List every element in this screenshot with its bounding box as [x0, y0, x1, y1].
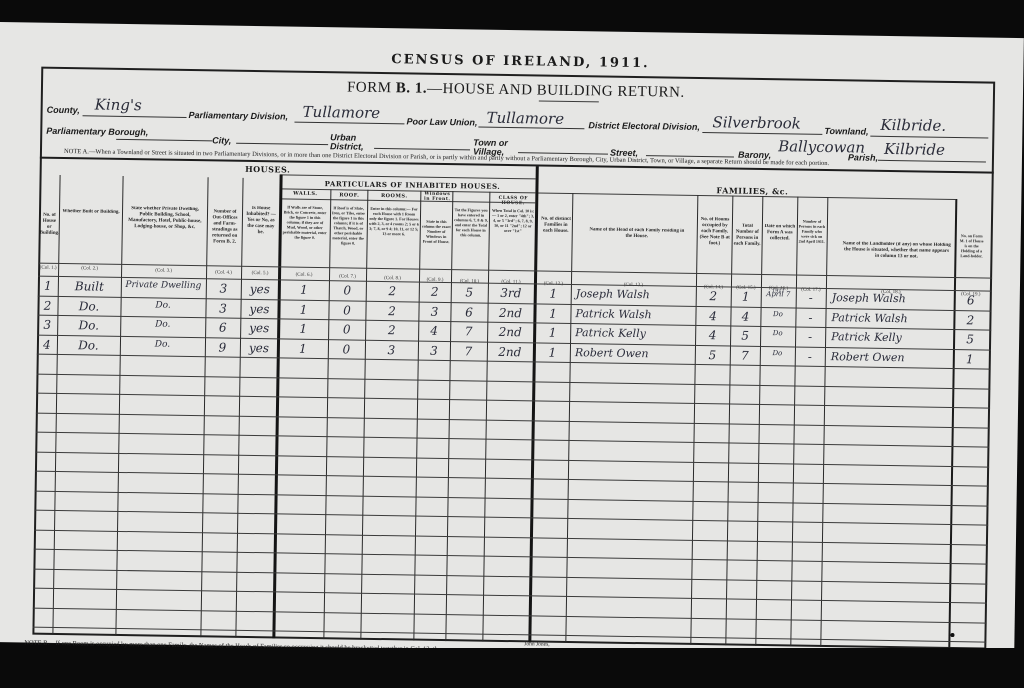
urban-district-label: Urban District,: [330, 133, 370, 152]
col13-header: Name of the Head of each Family residing…: [587, 227, 687, 241]
col6-header: If Walls are of Stone, Brick, or Concret…: [282, 204, 329, 240]
cell-out-offices[interactable]: 3: [206, 281, 241, 296]
data-rows: 1BuiltPrivate Dwelling3yes102253rd1Josep…: [0, 22, 1024, 38]
cell-head[interactable]: Patrick Walsh: [575, 307, 695, 322]
houses-section-title: HOUSES.: [238, 164, 298, 175]
col4-number: (Col. 4.): [206, 270, 241, 276]
col2-header: Whether Built or Building.: [61, 209, 121, 216]
cell-type[interactable]: Do.: [120, 338, 205, 349]
cell-landholder[interactable]: Patrick Kelly: [831, 330, 955, 345]
cell-form-m1-no[interactable]: 6: [956, 293, 986, 307]
col2-number: (Col. 2.): [58, 266, 121, 272]
county-label: County,: [47, 105, 80, 116]
col18-header: Name of the Landholder (if any) on whose…: [841, 241, 951, 261]
parliamentary-borough-label: Parliamentary Borough,: [46, 127, 148, 138]
date-collected-year: 1911: [761, 288, 796, 295]
cell-out-offices[interactable]: 9: [205, 340, 240, 355]
parliamentary-division-label: Parliamentary Division,: [188, 110, 288, 122]
cell-house-no[interactable]: 2: [37, 298, 57, 312]
col8-header: Enter in this column:— For each House wi…: [369, 206, 419, 237]
col12-header: No. of distinct Families in each House.: [540, 217, 572, 236]
townland-value[interactable]: Kilbride.: [880, 116, 946, 135]
col1-number: (Col. 1.): [38, 266, 58, 271]
cell-total[interactable]: 6: [450, 305, 487, 320]
col7-header: If Roof is of Slate, Iron, or Tiles, ent…: [331, 205, 367, 246]
cell-class[interactable]: 2nd: [487, 305, 533, 320]
county-value[interactable]: King's: [95, 95, 142, 114]
cell-landholder[interactable]: Robert Owen: [831, 350, 955, 365]
townland-label: Townland,: [824, 126, 868, 137]
col19-header: No. on Form M. 1 of House is on the Hold…: [958, 233, 984, 258]
cell-windows[interactable]: 4: [418, 324, 450, 339]
col17-header: Number of Persons in each Family who wer…: [798, 219, 826, 244]
cell-head[interactable]: Patrick Kelly: [575, 326, 695, 341]
cell-out-offices[interactable]: 6: [205, 320, 240, 335]
cell-families[interactable]: 1: [535, 306, 570, 321]
cell-total[interactable]: 7: [450, 324, 487, 339]
document-title: CENSUS OF IRELAND, 1911.: [365, 52, 675, 72]
cell-rooms-occupied[interactable]: 2: [696, 289, 731, 304]
rooms-title: ROOMS.: [368, 193, 420, 200]
cell-date-collected[interactable]: Do: [760, 309, 795, 318]
parliamentary-division-value[interactable]: Tullamore: [302, 103, 380, 122]
form-title-number: B. 1.: [396, 80, 428, 96]
cell-walls[interactable]: 1: [279, 282, 329, 297]
cell-date-collected[interactable]: Do: [760, 329, 795, 338]
cell-rooms[interactable]: 2: [365, 323, 418, 338]
parliamentary-borough-label-text: Parliamentary Borough,: [46, 126, 148, 138]
cell-inhabited[interactable]: yes: [240, 301, 278, 316]
cell-total[interactable]: 5: [451, 285, 488, 300]
table-row: 4Do.Do.9yes103372nd1Robert Owen57Do-Robe…: [0, 22, 1024, 38]
col5-header: Is House Inhabited? — Yes or No, as the …: [244, 206, 278, 237]
scan-border-bottom: [0, 648, 1024, 688]
cell-built[interactable]: Built: [58, 279, 121, 294]
cell-roof[interactable]: 0: [328, 322, 365, 337]
cell-house-no[interactable]: 1: [38, 279, 58, 293]
table-row: 1BuiltPrivate Dwelling3yes102253rd1Josep…: [0, 22, 1024, 38]
cell-total[interactable]: 7: [450, 344, 487, 359]
cell-date-collected[interactable]: Do: [760, 348, 795, 357]
cell-persons[interactable]: 5: [730, 329, 760, 343]
form-title-text: —HOUSE AND BUILDING RETURN.: [427, 81, 685, 101]
cell-form-m1-no[interactable]: 5: [955, 332, 985, 346]
cell-type[interactable]: Private Dwelling: [121, 280, 206, 291]
walls-title: WALLS.: [281, 190, 329, 197]
cell-roof[interactable]: 0: [329, 283, 366, 298]
col5-number: (Col. 5.): [241, 271, 279, 277]
cell-class[interactable]: 2nd: [487, 325, 533, 340]
parish-label: Parish,: [848, 152, 878, 162]
poor-law-union-label: Poor Law Union,: [406, 116, 477, 127]
col11-header: When Total in Col. 10 is:— 1 or 2, enter…: [491, 208, 535, 234]
cell-house-no[interactable]: 4: [37, 337, 57, 351]
col16-header: Date on which Form A was collected.: [764, 224, 796, 243]
cell-walls[interactable]: 1: [278, 302, 328, 317]
cell-landholder[interactable]: Joseph Walsh: [832, 291, 956, 306]
cell-windows[interactable]: 2: [419, 285, 451, 300]
city-label: City,: [212, 135, 231, 145]
cell-walls[interactable]: 1: [278, 321, 328, 336]
cell-families[interactable]: 1: [536, 286, 571, 301]
table-row: 3Do.Do.6yes102472nd1Patrick Kelly45Do-Pa…: [0, 22, 1024, 38]
cell-type[interactable]: Do.: [120, 319, 205, 330]
cell-sick[interactable]: -: [795, 330, 825, 344]
cell-head[interactable]: Robert Owen: [575, 346, 695, 361]
col1-header: No. of House or Building.: [40, 213, 59, 237]
cell-form-m1-no[interactable]: 1: [955, 352, 985, 366]
col14-header: No. of Rooms occupied by each Family. (S…: [699, 217, 731, 247]
col10-header: Tot the Figures you have entered in colu…: [454, 207, 488, 238]
cell-inhabited[interactable]: yes: [240, 321, 278, 336]
district-electoral-division-value[interactable]: Silverbrook: [712, 113, 801, 132]
roof-title: ROOF.: [331, 192, 367, 199]
col3-header: State whether Private Dwelling, Public B…: [125, 206, 205, 231]
cell-rooms[interactable]: 2: [366, 284, 419, 299]
census-form-page: CENSUS OF IRELAND, 1911. FORM B. 1.—HOUS…: [0, 22, 1024, 658]
row-lines: [0, 22, 1024, 38]
cell-families[interactable]: 1: [535, 325, 570, 340]
cell-house-no[interactable]: 3: [37, 318, 57, 332]
cell-walls[interactable]: 1: [278, 341, 328, 356]
cell-rooms-occupied[interactable]: 4: [695, 328, 730, 343]
cell-families[interactable]: 1: [535, 345, 570, 360]
cell-out-offices[interactable]: 3: [205, 301, 240, 316]
cell-windows[interactable]: 3: [418, 343, 450, 358]
district-electoral-division-label: District Electoral Division,: [588, 120, 700, 132]
cell-rooms[interactable]: 2: [365, 303, 418, 318]
cell-landholder[interactable]: Patrick Walsh: [831, 311, 955, 326]
col7-number: (Col. 7.): [329, 274, 366, 280]
cell-class[interactable]: 2nd: [487, 344, 533, 359]
col15-header: Total Number of Persons in each Family.: [734, 224, 761, 248]
cell-persons[interactable]: 7: [730, 348, 760, 362]
cell-inhabited[interactable]: yes: [240, 340, 278, 355]
cell-type[interactable]: Do.: [121, 299, 206, 310]
col6-number: (Col. 6.): [279, 272, 329, 278]
cell-head[interactable]: Joseph Walsh: [576, 287, 696, 302]
cell-sick[interactable]: -: [795, 349, 825, 363]
cell-rooms-occupied[interactable]: 5: [695, 347, 730, 362]
cell-roof[interactable]: 0: [328, 303, 365, 318]
cell-windows[interactable]: 3: [418, 304, 450, 319]
cell-built[interactable]: Do.: [57, 337, 120, 352]
cell-built[interactable]: Do.: [57, 318, 120, 333]
col4-header: Number of Out-Offices and Farm-steadings…: [209, 209, 242, 245]
parish-value[interactable]: Kilbride: [884, 140, 945, 159]
cell-sick[interactable]: -: [796, 291, 826, 305]
cell-rooms-occupied[interactable]: 4: [695, 308, 730, 323]
cell-class[interactable]: 3rd: [488, 286, 534, 301]
cell-built[interactable]: Do.: [57, 298, 120, 313]
ink-dot: [950, 633, 954, 637]
table-row: 2Do.Do.3yes102362nd1Patrick Walsh44Do-Pa…: [0, 22, 1024, 38]
cell-rooms[interactable]: 3: [365, 342, 418, 357]
col9-header: State in this column the exact Number of…: [422, 219, 451, 244]
cell-sick[interactable]: -: [795, 310, 825, 324]
cell-persons[interactable]: 1: [731, 290, 761, 304]
poor-law-union-value[interactable]: Tullamore: [486, 109, 564, 128]
cell-inhabited[interactable]: yes: [241, 282, 279, 297]
form-title-prefix: FORM: [347, 79, 392, 96]
cell-roof[interactable]: 0: [328, 342, 365, 357]
cell-form-m1-no[interactable]: 2: [955, 313, 985, 327]
cell-persons[interactable]: 4: [730, 309, 760, 323]
